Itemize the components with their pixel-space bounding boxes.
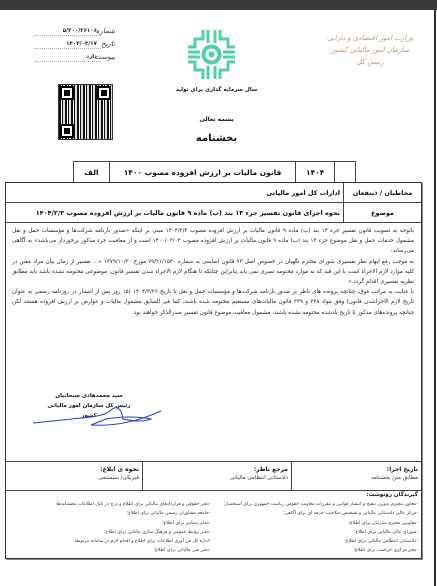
circular-body-frame: مخاطبان / ذینفعان ادارات کل امور مالیاتی… bbox=[5, 182, 422, 559]
viewer-toolbar bbox=[0, 0, 437, 10]
addressees-label: مخاطبان / ذینفعان bbox=[343, 183, 421, 202]
scrollbar[interactable] bbox=[434, 10, 436, 586]
attachment-label: پیوست bbox=[101, 53, 115, 61]
execution-date-label: تاریخ اجرا: bbox=[292, 465, 418, 474]
execution-info-row: تاریخ اجرا: مطابق متن بخشنامه مرجع ناظر:… bbox=[6, 461, 421, 491]
cc-column-left: -دفتر حقوقی و قراردادهای مالیاتی برای اط… bbox=[6, 500, 214, 555]
execution-date-value: مطابق متن بخشنامه bbox=[292, 474, 418, 483]
number-label: شماره bbox=[101, 27, 115, 35]
cc-recipient: -دادستانی انتظامی مالیاتی برای اطلاع؛ bbox=[214, 537, 419, 546]
cc-recipient: -دفتر فنی مالیاتی برای اطلاع؛ bbox=[6, 546, 211, 555]
cc-recipients-label: گیرندگان رونوشت: bbox=[6, 491, 421, 500]
document-page: شماره ۵/۲۰۰/۲۶۱۰۶ تاریخ ۱۴۰۴/۰۴/۱۷ پیوست… bbox=[0, 10, 433, 586]
ministry-line: وزارت امور اقتصادی و دارایی bbox=[320, 32, 420, 44]
body-paragraph: با عنایت به مراتب فوق، چنانچه پرونده های… bbox=[12, 287, 414, 318]
year-slogan: سال سرمایه گذاری برای تولید bbox=[0, 87, 433, 93]
cc-recipient: -اداره کل فن آوری اطلاعات برای اطلاع و ا… bbox=[6, 537, 211, 546]
supervisor-cell: مرجع ناظر: دادستانی انتظامی مالیاتی bbox=[142, 462, 291, 490]
subject-row: موضوع نحوه اجرای قانون تفسیر جزء ۱۳ بند … bbox=[6, 203, 421, 223]
notification-method-cell: نحوه ی ابلاغ: فیزیکی/ سیستمی bbox=[6, 462, 142, 490]
body-paragraph: باتوجه به تصویب قانون تفسیر جزء ۱۳ بند (… bbox=[12, 226, 414, 257]
execution-date-cell: تاریخ اجرا: مطابق متن بخشنامه bbox=[291, 462, 421, 490]
empty-cell bbox=[334, 162, 355, 182]
letter-number: ۵/۲۰۰/۲۶۱۰۶ bbox=[35, 27, 101, 36]
circular-code: الف bbox=[74, 162, 109, 182]
supervisor-value: دادستانی انتظامی مالیاتی bbox=[143, 474, 288, 483]
date-label: تاریخ bbox=[101, 40, 115, 48]
supervisor-label: مرجع ناظر: bbox=[143, 465, 288, 474]
cc-recipient: -جامعه مشاوران رسمی مالیاتی برای اطلاع؛ bbox=[6, 509, 211, 518]
subject-value: نحوه اجرای قانون تفسیر جزء ۱۳ بند (ب) ما… bbox=[6, 203, 343, 222]
circular-year: ۱۴۰۴ bbox=[295, 162, 334, 182]
ministry-letterhead: وزارت امور اقتصادی و دارایی سازمان امور … bbox=[320, 32, 420, 68]
body-paragraph: به موجب رفع ابهام نظر تفسیری شورای محترم… bbox=[12, 257, 414, 288]
ministry-line: رئیس کل bbox=[320, 56, 420, 68]
cc-recipients: گیرندگان رونوشت: -معاون محترم تدوین، تنق… bbox=[6, 491, 421, 555]
cc-recipient: -دفتر روابط عمومی و فرهنگ سازی مالیاتی ب… bbox=[6, 528, 211, 537]
cc-recipient: -دفاتر ستادی برای اطلاع؛ bbox=[6, 519, 211, 528]
attachment-value: دارد bbox=[35, 53, 101, 62]
law-title: قانون مالیات بر ارزش افزوده مصوب ۱۴۰۰ bbox=[109, 162, 295, 182]
notification-method-value: فیزیکی/ سیستمی bbox=[6, 474, 139, 483]
bismillah: بسمه تعالی bbox=[0, 116, 433, 123]
cc-recipient: -مرکز عالی دادستانی مالیاتی و تشخیص صلاح… bbox=[214, 509, 419, 518]
cc-recipient: -دفتر حقوقی و قراردادهای مالیاتی برای اط… bbox=[6, 500, 211, 509]
cc-recipient: -معاونین محترم سازمان برای اطلاع؛ bbox=[214, 519, 419, 528]
letter-date: ۱۴۰۴/۰۴/۱۷ bbox=[35, 40, 101, 49]
tax-organization-logo bbox=[185, 27, 238, 82]
addressees-row: مخاطبان / ذینفعان ادارات کل امور مالیاتی bbox=[6, 183, 421, 203]
cc-recipient: -معاون محترم تدوین، تنقیح و انتشار قوانی… bbox=[214, 500, 419, 509]
subject-label: موضوع bbox=[343, 203, 421, 222]
cc-column-right: -معاون محترم تدوین، تنقیح و انتشار قوانی… bbox=[214, 500, 422, 555]
circular-body-text: باتوجه به تصویب قانون تفسیر جزء ۱۳ بند (… bbox=[12, 226, 414, 318]
cc-recipient: -دفتر مرکزی حراست برای اطلاع؛ bbox=[214, 546, 419, 555]
cc-recipient: -شورای عالی مالیاتی برای اطلاع؛ bbox=[214, 528, 419, 537]
document-type-title: بخشنامه bbox=[0, 133, 433, 144]
signatory-name: سید محمدهادی سبحانیان bbox=[44, 391, 134, 401]
ministry-line: سازمان امور مالیاتی کشور bbox=[320, 44, 420, 56]
circular-title-table: ۱۴۰۴ قانون مالیات بر ارزش افزوده مصوب ۱۴… bbox=[73, 161, 356, 183]
letter-meta: شماره ۵/۲۰۰/۲۶۱۰۶ تاریخ ۱۴۰۴/۰۴/۱۷ پیوست… bbox=[35, 26, 115, 65]
notification-method-label: نحوه ی ابلاغ: bbox=[6, 465, 139, 474]
addressees-value: ادارات کل امور مالیاتی bbox=[6, 183, 343, 202]
handwritten-signature bbox=[31, 405, 171, 427]
